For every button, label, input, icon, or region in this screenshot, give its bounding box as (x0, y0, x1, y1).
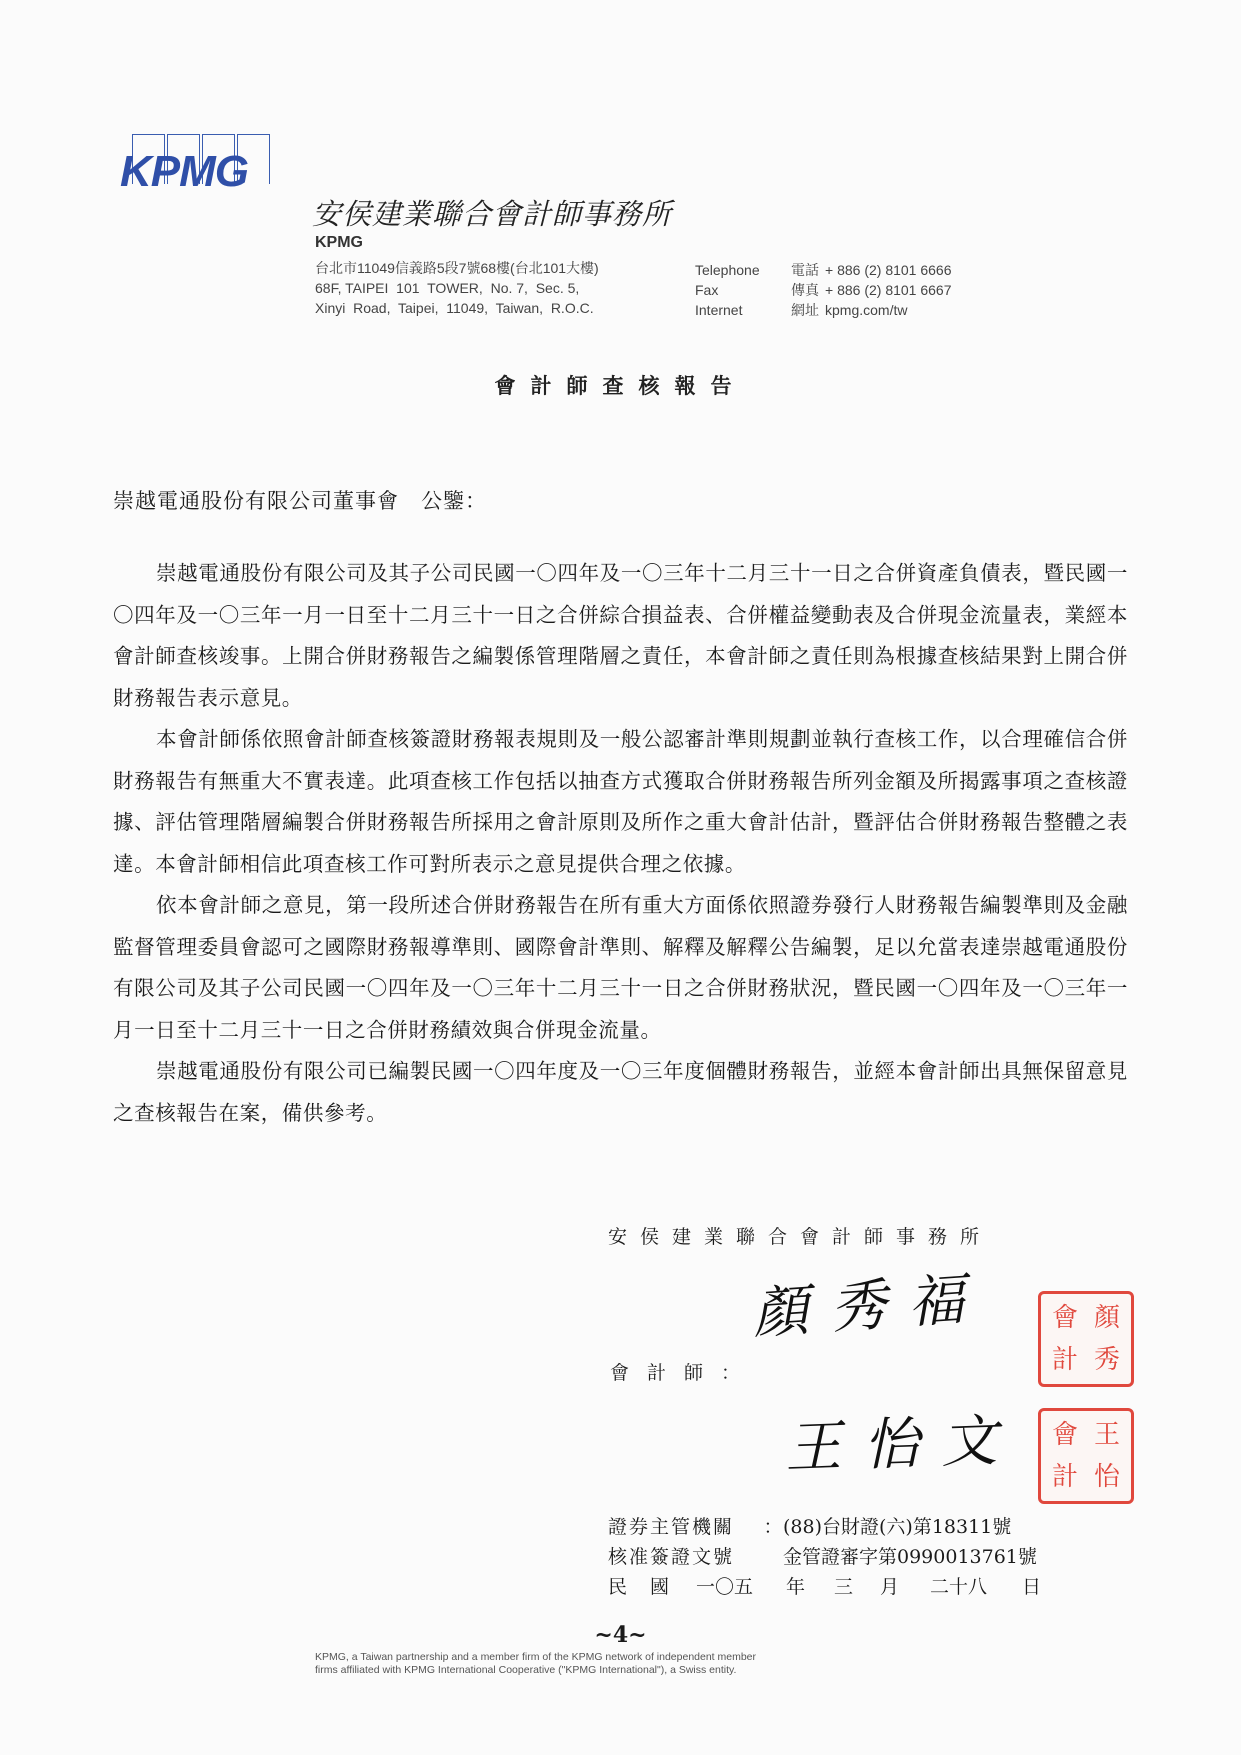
firm-address: 台北市11049信義路5段7號68樓(台北101大樓) 68F, TAIPEI … (315, 258, 599, 318)
date-part: 民 (608, 1572, 650, 1599)
report-body: 崇越電通股份有限公司及其子公司民國一〇四年及一〇三年十二月三十一日之合併資產負債… (113, 553, 1128, 1134)
contact-telephone: Telephone 電話 + 886 (2) 8101 6666 (695, 260, 952, 280)
registration-row: 證券主管機關 ： (88)台財證(六)第18311號 (608, 1512, 1037, 1542)
date-part: 月 (880, 1572, 930, 1599)
address-line: Xinyi Road, Taipei, 11049, Taiwan, R.O.C… (315, 298, 599, 318)
document-title: 會計師查核報告 (0, 370, 1241, 400)
paragraph-opinion: 依本會計師之意見，第一段所述合併財務報告在所有重大方面係依照證券發行人財務報告編… (113, 885, 1128, 1051)
salutation: 崇越電通股份有限公司董事會 公鑒： (113, 485, 487, 515)
contact-value: + 886 (2) 8101 6667 (825, 280, 952, 300)
contact-label: Telephone (695, 260, 779, 280)
seal-char: 王 (1086, 1422, 1128, 1448)
contact-label-cn: 電話 (779, 260, 819, 280)
registration-value: 金管證審字第0990013761號 (783, 1542, 1037, 1572)
contact-label: Internet (695, 300, 779, 320)
registration-label: 證券主管機關 (608, 1512, 763, 1542)
seal-char: 秀 (1086, 1347, 1128, 1373)
registration-label: 核准簽證文號 (608, 1542, 763, 1572)
contact-info: Telephone 電話 + 886 (2) 8101 6666 Fax 傳真 … (695, 260, 952, 320)
date-part: 二十八 (930, 1572, 1022, 1599)
page-number: ~4~ (0, 1622, 1241, 1648)
registration-row: 核准簽證文號 金管證審字第0990013761號 (608, 1542, 1037, 1572)
signature-1: 顏秀福 (749, 1254, 988, 1350)
contact-fax: Fax 傳真 + 886 (2) 8101 6667 (695, 280, 952, 300)
seal-1: 會 顏 計 秀 (1038, 1291, 1134, 1387)
registration-numbers: 證券主管機關 ： (88)台財證(六)第18311號 核准簽證文號 金管證審字第… (608, 1512, 1037, 1572)
seal-char: 會 (1044, 1305, 1086, 1331)
date-part: 國 (650, 1572, 696, 1599)
footer-line: firms affiliated with KPMG International… (315, 1664, 756, 1677)
cpa-label: 會計師： (610, 1358, 758, 1385)
contact-label-cn: 傳真 (779, 280, 819, 300)
firm-name-en: KPMG (315, 234, 363, 252)
paragraph-scope: 崇越電通股份有限公司及其子公司民國一〇四年及一〇三年十二月三十一日之合併資產負債… (113, 553, 1128, 719)
report-date: 民 國 一〇五 年 三 月 二十八 日 (608, 1572, 1041, 1599)
registration-colon: ： (763, 1512, 783, 1542)
registration-value: (88)台財證(六)第18311號 (783, 1512, 1011, 1542)
seal-char: 計 (1044, 1347, 1086, 1373)
signature-2: 王怡文 (784, 1396, 1021, 1484)
signing-firm-name: 安侯建業聯合會計師事務所 (608, 1222, 992, 1249)
registration-colon (763, 1542, 783, 1572)
date-part: 三 (834, 1572, 880, 1599)
date-part: 日 (1022, 1572, 1041, 1599)
contact-internet: Internet 網址 kpmg.com/tw (695, 300, 952, 320)
date-part: 年 (786, 1572, 834, 1599)
contact-label: Fax (695, 280, 779, 300)
address-line: 68F, TAIPEI 101 TOWER, No. 7, Sec. 5, (315, 278, 599, 298)
paragraph-other-matter: 崇越電通股份有限公司已編製民國一〇四年度及一〇三年度個體財務報告，並經本會計師出… (113, 1051, 1128, 1134)
contact-value: kpmg.com/tw (825, 300, 907, 320)
date-part: 一〇五 (696, 1572, 786, 1599)
contact-value: + 886 (2) 8101 6666 (825, 260, 952, 280)
kpmg-logo: KPMG (120, 130, 270, 200)
paragraph-basis: 本會計師係依照會計師查核簽證財務報表規則及一般公認審計準則規劃並執行查核工作，以… (113, 719, 1128, 885)
footer-note: KPMG, a Taiwan partnership and a member … (315, 1651, 756, 1677)
seal-char: 會 (1044, 1422, 1086, 1448)
firm-name-calligraphy: 安侯建業聯合會計師事務所 (312, 192, 672, 233)
address-line: 台北市11049信義路5段7號68樓(台北101大樓) (315, 258, 599, 278)
seal-2: 會 王 計 怡 (1038, 1408, 1134, 1504)
seal-char: 計 (1044, 1464, 1086, 1490)
seal-char: 怡 (1086, 1464, 1128, 1490)
contact-label-cn: 網址 (779, 300, 819, 320)
footer-line: KPMG, a Taiwan partnership and a member … (315, 1651, 756, 1664)
logo-text: KPMG (120, 150, 248, 194)
seal-char: 顏 (1086, 1305, 1128, 1331)
